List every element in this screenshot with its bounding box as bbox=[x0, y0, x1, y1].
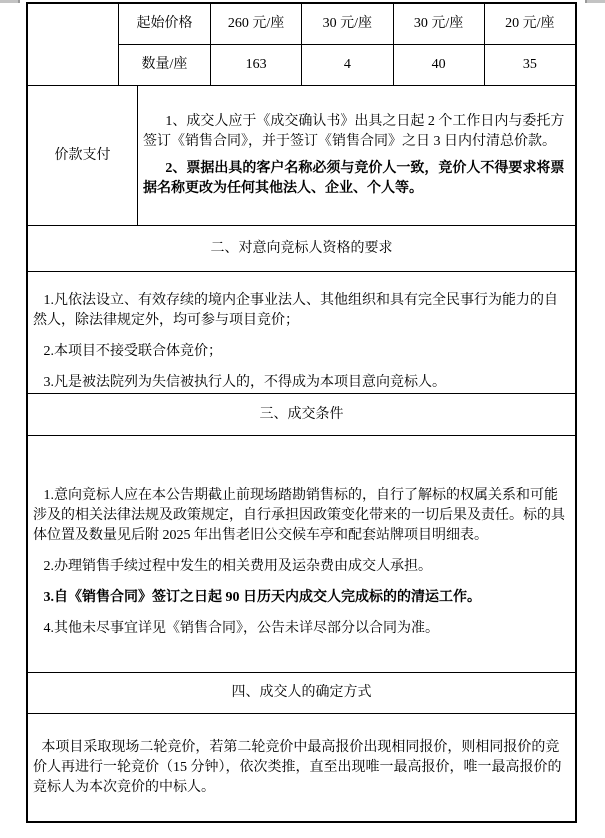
section-2-content: 1.凡依法设立、有效存续的境内企事业法人、其他组织和具有完全民事行为能力的自然人… bbox=[28, 272, 575, 394]
payment-paragraph-1: 1、成交人应于《成交确认书》出具之日起 2 个工作日内与委托方签订《销售合同》，… bbox=[143, 112, 570, 152]
section-3-content: 1.意向竞标人应在本公告期截止前现场踏勘销售标的，自行了解标的权属关系和可能涉及… bbox=[28, 436, 575, 673]
start-price-row: 起始价格 260 元/座 30 元/座 30 元/座 20 元/座 bbox=[119, 4, 575, 45]
document-page: 起始价格 260 元/座 30 元/座 30 元/座 20 元/座 数量/座 1… bbox=[0, 0, 605, 838]
section-3-title: 三、成交条件 bbox=[28, 394, 575, 436]
quantity-value-cell: 35 bbox=[485, 45, 575, 85]
payment-label-cell: 价款支付 bbox=[28, 86, 138, 225]
start-price-value-cell: 260 元/座 bbox=[211, 4, 302, 44]
start-price-value-cell: 30 元/座 bbox=[394, 4, 485, 44]
clipped-edge-artifact-left bbox=[0, 0, 20, 3]
start-price-value-cell: 30 元/座 bbox=[302, 4, 393, 44]
section-2-title: 二、对意向竞标人资格的要求 bbox=[28, 226, 575, 272]
quantity-label-cell: 数量/座 bbox=[119, 45, 211, 85]
section-4-paragraph-1: 本项目采取现场二轮竞价，若第二轮竞价中最高报价出现相同报价，则相同报价的竞价人再… bbox=[33, 738, 569, 798]
section-2-paragraph-1: 1.凡依法设立、有效存续的境内企事业法人、其他组织和具有完全民事行为能力的自然人… bbox=[33, 291, 569, 331]
price-grid: 起始价格 260 元/座 30 元/座 30 元/座 20 元/座 数量/座 1… bbox=[28, 4, 575, 86]
auction-notice-table: 起始价格 260 元/座 30 元/座 30 元/座 20 元/座 数量/座 1… bbox=[26, 2, 577, 823]
payment-row: 价款支付 1、成交人应于《成交确认书》出具之日起 2 个工作日内与委托方签订《销… bbox=[28, 86, 575, 226]
quantity-row: 数量/座 163 4 40 35 bbox=[119, 45, 575, 85]
section-3-paragraph-1: 1.意向竞标人应在本公告期截止前现场踏勘销售标的，自行了解标的权属关系和可能涉及… bbox=[33, 486, 569, 546]
payment-content-cell: 1、成交人应于《成交确认书》出具之日起 2 个工作日内与委托方签订《销售合同》，… bbox=[138, 86, 575, 225]
start-price-label-cell: 起始价格 bbox=[119, 4, 211, 44]
payment-paragraph-2: 2、票据出具的客户名称必须与竞价人一致，竞价人不得要求将票据名称更改为任何其他法… bbox=[143, 159, 570, 199]
price-grid-empty-corner-cell bbox=[28, 4, 119, 85]
section-2-paragraph-2: 2.本项目不接受联合体竞价； bbox=[33, 342, 569, 362]
quantity-value-cell: 163 bbox=[211, 45, 302, 85]
start-price-value-cell: 20 元/座 bbox=[485, 4, 575, 44]
price-grid-body: 起始价格 260 元/座 30 元/座 30 元/座 20 元/座 数量/座 1… bbox=[119, 4, 575, 85]
quantity-value-cell: 4 bbox=[302, 45, 393, 85]
section-2-paragraph-3: 3.凡是被法院列为失信被执行人的，不得成为本项目意向竞标人。 bbox=[33, 373, 569, 393]
quantity-value-cell: 40 bbox=[394, 45, 485, 85]
section-4-content: 本项目采取现场二轮竞价，若第二轮竞价中最高报价出现相同报价，则相同报价的竞价人再… bbox=[28, 714, 575, 821]
section-3-paragraph-4: 4.其他未尽事宜详见《销售合同》，公告未详尽部分以合同为准。 bbox=[33, 619, 569, 639]
section-4-title: 四、成交人的确定方式 bbox=[28, 673, 575, 714]
clipped-edge-artifact-right bbox=[585, 0, 605, 3]
section-3-paragraph-2: 2.办理销售手续过程中发生的相关费用及运杂费由成交人承担。 bbox=[33, 557, 569, 577]
section-3-paragraph-3: 3.自《销售合同》签订之日起 90 日历天内成交人完成标的的清运工作。 bbox=[33, 588, 569, 608]
